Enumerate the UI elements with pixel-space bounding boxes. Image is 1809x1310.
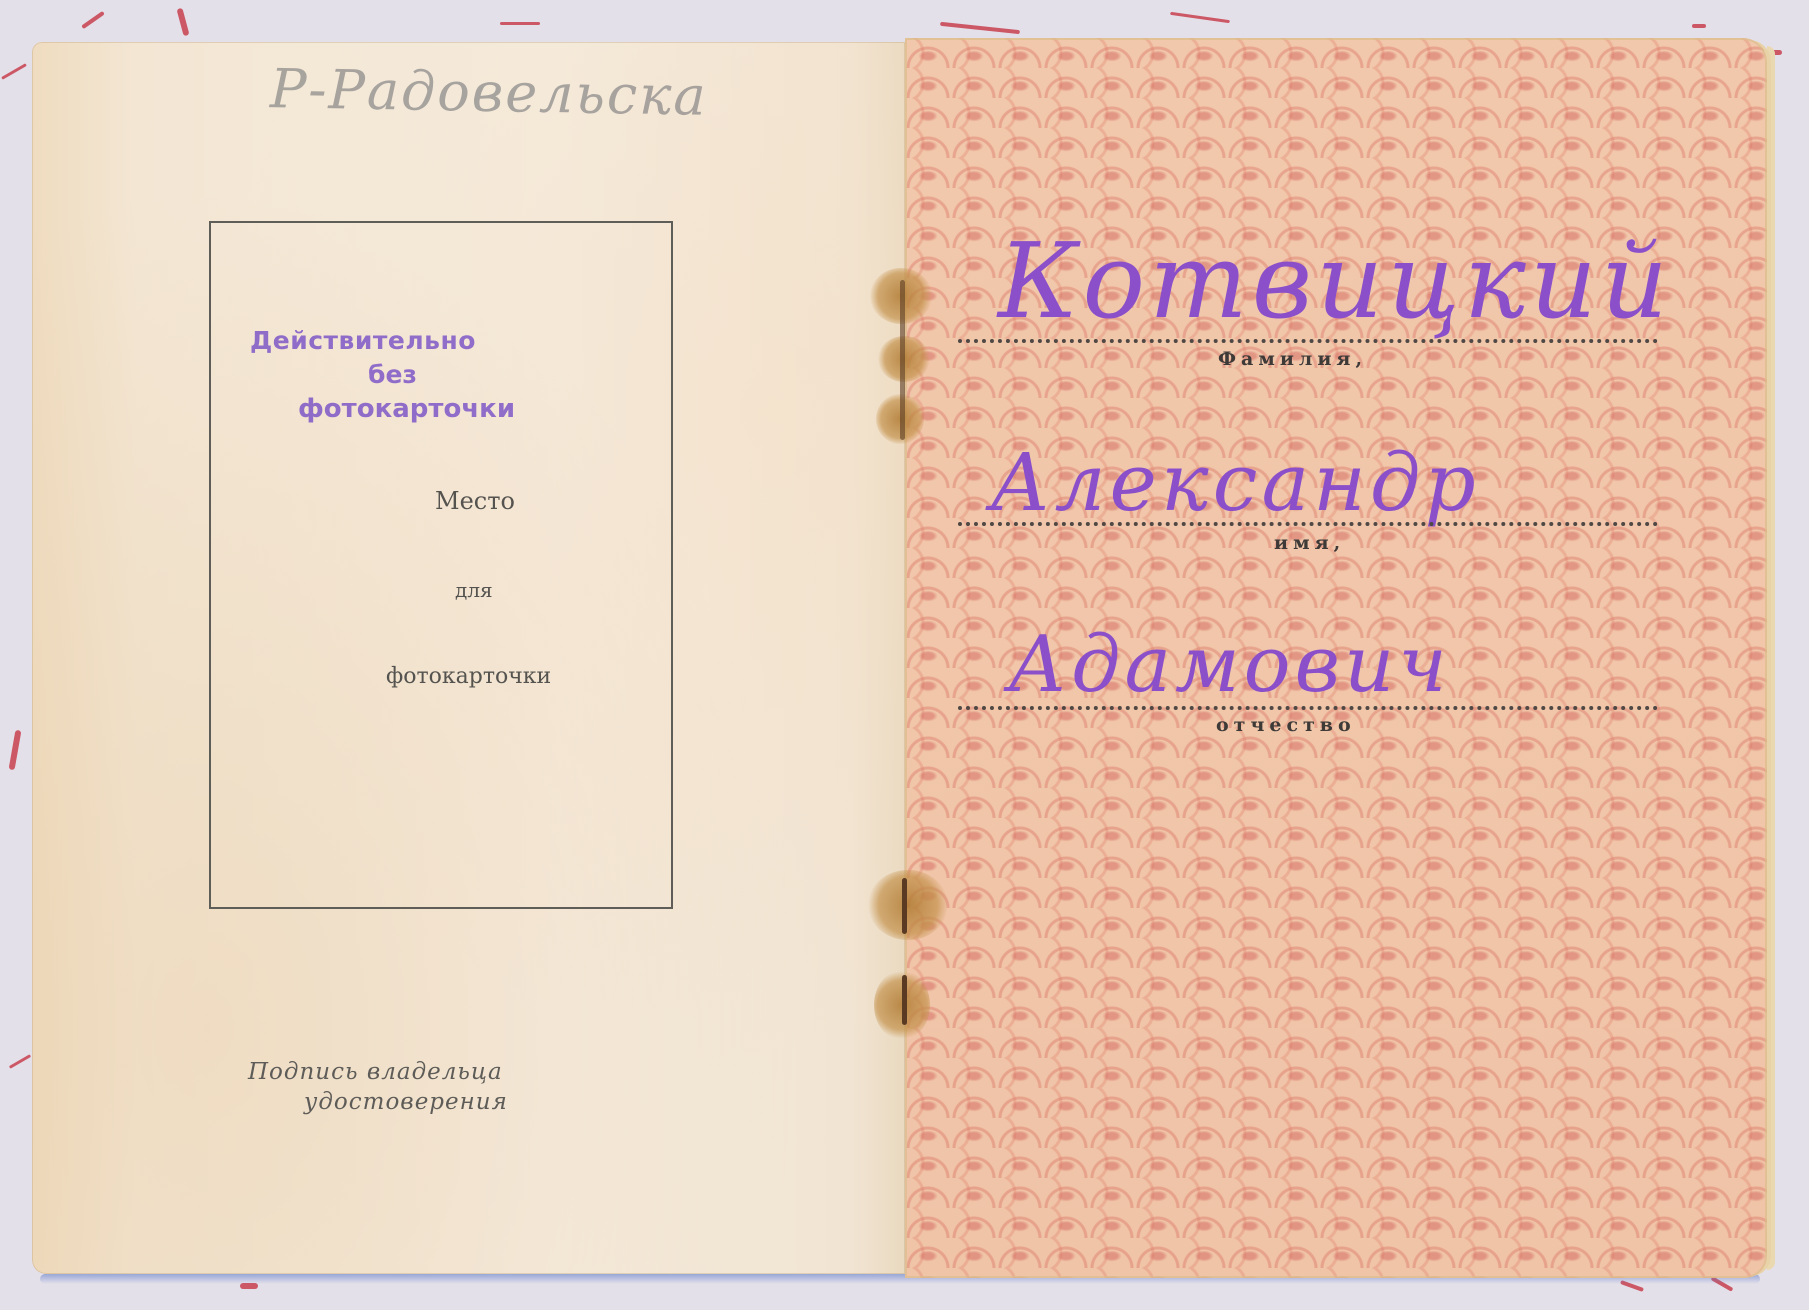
binding-thread <box>81 11 105 29</box>
binding-thread <box>176 8 189 37</box>
surname-value: Котвицкий <box>998 220 1672 342</box>
name-label: имя, <box>1274 532 1345 554</box>
photo-placeholder-text: Место <box>435 487 515 515</box>
binding-thread <box>9 1054 31 1069</box>
photo-placeholder-text: фотокарточки <box>386 664 551 689</box>
stamp-line: без <box>368 360 417 389</box>
field-name: Александр имя, <box>958 420 1658 600</box>
binding-thread <box>1170 12 1230 23</box>
binding-stitch <box>900 280 905 440</box>
stamp-line: Действительно <box>250 326 476 355</box>
pencil-annotation: Р-Радовельска <box>269 57 830 130</box>
binding-stain <box>868 870 948 940</box>
photo-placeholder-frame <box>209 221 673 909</box>
dotted-line <box>958 339 1658 343</box>
dotted-line <box>958 706 1658 710</box>
field-patronymic: Адамович отчество <box>958 600 1658 780</box>
field-surname: Котвицкий Фамилия, <box>958 190 1658 390</box>
stamp-line: фотокарточки <box>298 394 515 424</box>
surname-label: Фамилия, <box>1218 348 1367 370</box>
binding-stitch <box>902 975 907 1025</box>
page-edge <box>1767 46 1775 1270</box>
binding-thread <box>500 22 540 25</box>
photo-placeholder-text: для <box>455 578 493 602</box>
signature-label: удостоверения <box>304 1087 508 1117</box>
patronymic-label: отчество <box>1216 714 1356 736</box>
binding-stitch <box>902 878 907 934</box>
dotted-line <box>958 522 1658 526</box>
name-value: Александр <box>990 436 1480 529</box>
binding-thread <box>9 730 22 770</box>
binding-thread <box>940 22 1020 34</box>
binding-thread <box>1692 24 1706 28</box>
signature-label: Подпись владельца <box>248 1057 503 1087</box>
patronymic-value: Адамович <box>1008 620 1451 710</box>
binding-thread <box>1 63 27 80</box>
